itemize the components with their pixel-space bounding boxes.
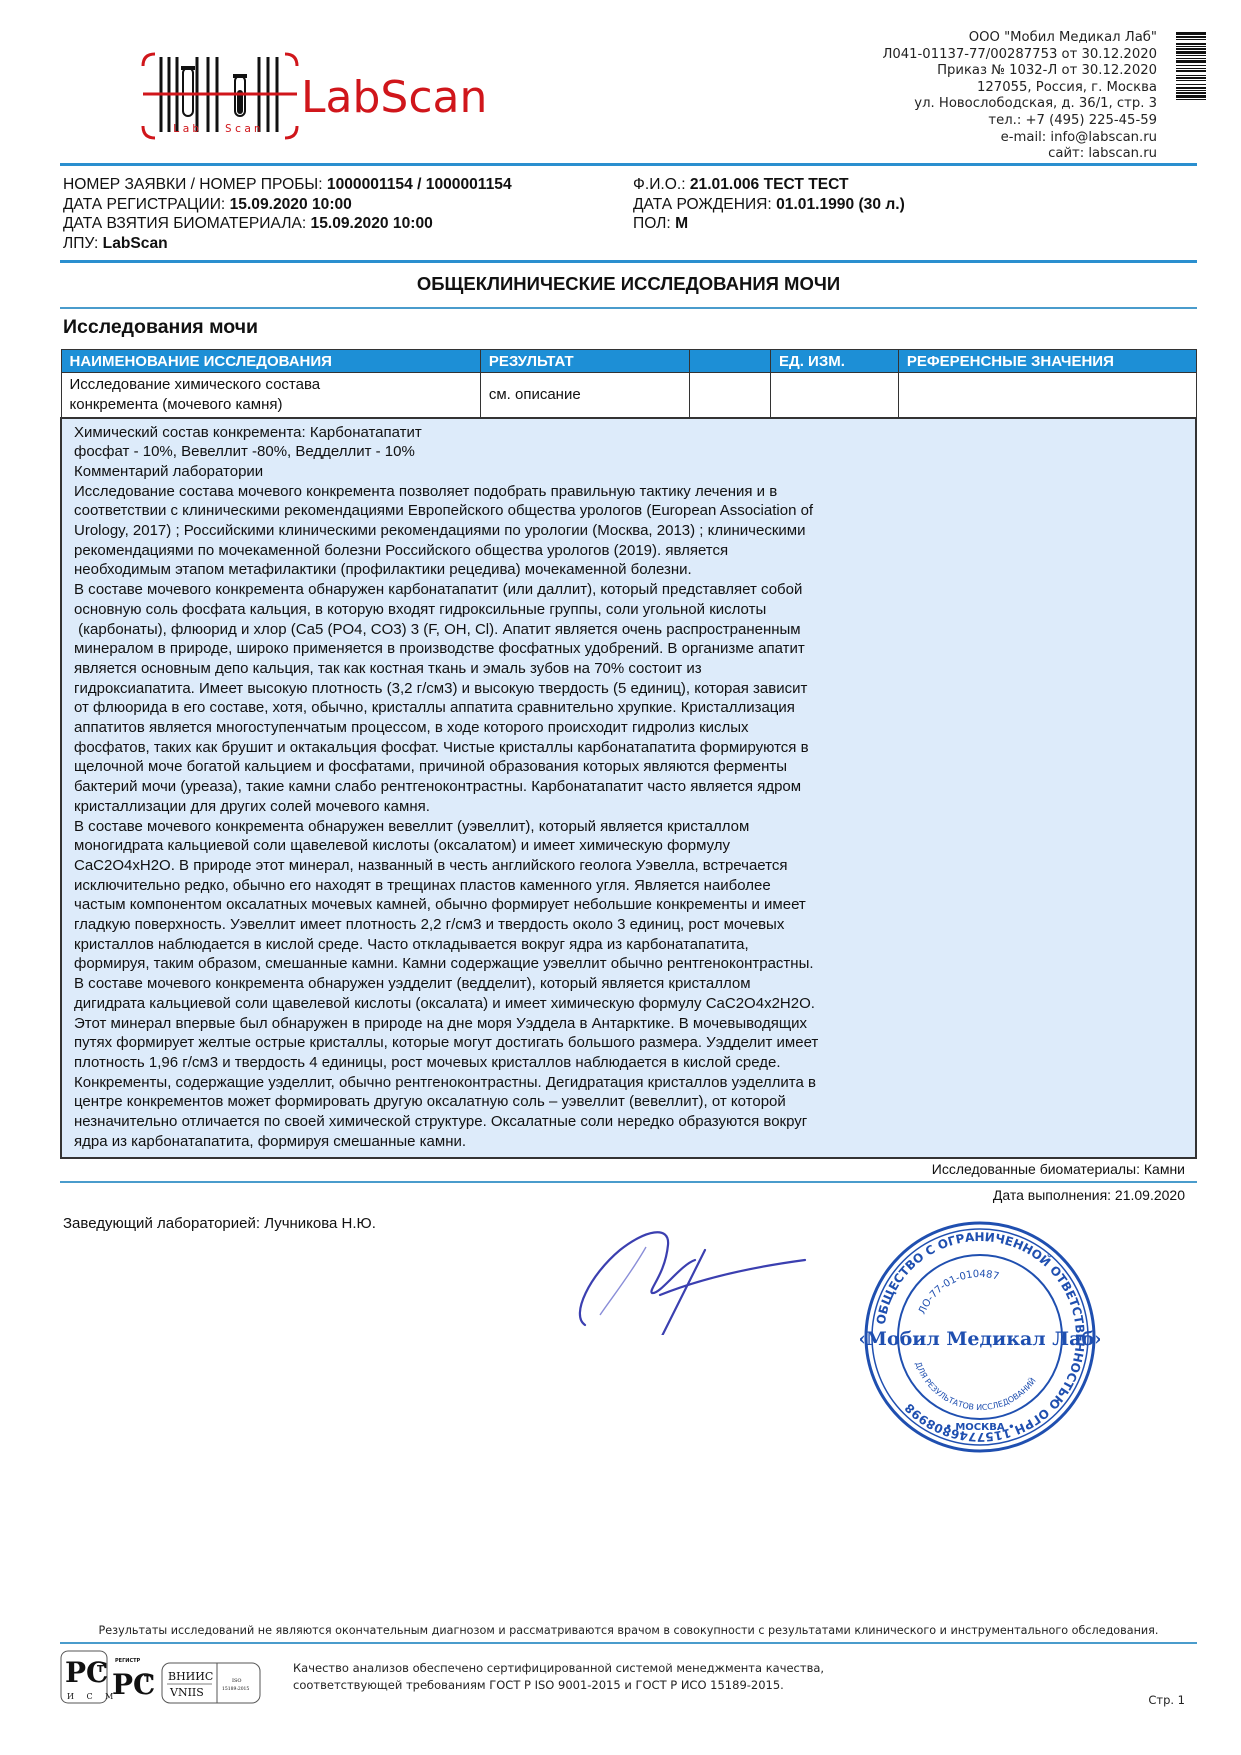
barcode-icon (1176, 32, 1206, 162)
svg-text:Scan: Scan (225, 122, 264, 135)
lab-info-line: Л041-01137-77/00287753 от 30.12.2020 (882, 47, 1157, 64)
column-header-name: НАИМЕНОВАНИЕ ИССЛЕДОВАНИЯ (61, 350, 480, 373)
description-line: фосфатов, таких как брушит и октакальция… (74, 738, 1185, 758)
result-cell: см. описание (480, 373, 689, 418)
column-header-result: РЕЗУЛЬТАТ (480, 350, 689, 373)
table-header-row: НАИМЕНОВАНИЕ ИССЛЕДОВАНИЯ РЕЗУЛЬТАТ ЕД. … (61, 350, 1196, 373)
unit-cell (771, 373, 899, 418)
reference-cell (898, 373, 1196, 418)
description-line: Комментарий лаборатории (74, 462, 1185, 482)
header-divider (60, 163, 1197, 166)
footer-disclaimer: Результаты исследований не являются окон… (60, 1624, 1197, 1637)
lab-info-line: сайт: labscan.ru (882, 146, 1157, 163)
head-of-lab: Заведующий лабораторией: Лучникова Н.Ю. (63, 1215, 376, 1232)
description-line: фосфат - 10%, Вевеллит -80%, Ведделлит -… (74, 442, 1185, 462)
svg-text:ЛО-77-01-010487: ЛО-77-01-010487 (917, 1269, 1000, 1316)
lab-info-line: Приказ № 1032-Л от 30.12.2020 (882, 63, 1157, 80)
description-line: щелочной моче богатой кальцием и фосфата… (74, 757, 1185, 777)
quality-statement: Качество анализов обеспечено сертифициро… (293, 1660, 824, 1693)
order-number-row: НОМЕР ЗАЯВКИ / НОМЕР ПРОБЫ: 1000001154 /… (63, 175, 512, 195)
vniis-certification-icon: ВНИИС VNIIS ISO 15189:2015 (162, 1663, 260, 1703)
lab-info-line: ул. Новослободская, д. 36/1, стр. 3 (882, 96, 1157, 113)
lab-contact-info: ООО "Мобил Медикал Лаб" Л041-01137-77/00… (882, 30, 1157, 163)
test-name-cell: Исследование химического состава конкрем… (61, 373, 480, 418)
description-line: (карбонаты), флюорид и хлор (Ca5 (PO4, C… (74, 620, 1185, 640)
svg-text:Lab: Lab (173, 122, 202, 135)
flag-cell (690, 373, 771, 418)
description-line: плотность 1,96 г/см3 и твердость 4 едини… (74, 1053, 1185, 1073)
svg-text:15189:2015: 15189:2015 (222, 1686, 249, 1692)
svg-text:Т: Т (97, 1664, 104, 1675)
description-line: дигидрата кальциевой соли щавелевой кисл… (74, 994, 1185, 1014)
description-line: формируя, таким образом, смешанные камни… (74, 954, 1185, 974)
birth-date-row: ДАТА РОЖДЕНИЯ: 01.01.1990 (30 л.) (633, 195, 905, 215)
description-line: ядра из карбонатапатита, формируя смешан… (74, 1132, 1185, 1152)
footer-divider (60, 1642, 1197, 1644)
description-row: Химический состав конкремента: Карбоната… (61, 418, 1196, 1158)
description-line: Urology, 2017) ; Российскими клиническим… (74, 521, 1185, 541)
certification-logos: РС Т И С М РЕГИСТР РС Т ВНИИС VNIIS ISO … (60, 1650, 285, 1705)
description-cell: Химический состав конкремента: Карбоната… (61, 418, 1196, 1158)
svg-text:• МОСКВА •: • МОСКВА • (945, 1422, 1014, 1433)
signature-image (560, 1205, 810, 1335)
svg-text:LabScan: LabScan (301, 72, 487, 123)
sex-row: ПОЛ: М (633, 214, 905, 234)
description-line: В составе мочевого конкремента обнаружен… (74, 580, 1185, 600)
svg-text:«Мобил Медикал Лаб»: «Мобил Медикал Лаб» (860, 1328, 1100, 1350)
sample-date-row: ДАТА ВЗЯТИЯ БИОМАТЕРИАЛА: 15.09.2020 10:… (63, 214, 512, 234)
labscan-logo: Lab Scan LabScan (135, 32, 505, 150)
patient-info: Ф.И.О.: 21.01.006 ТЕСТ ТЕСТ ДАТА РОЖДЕНИ… (633, 175, 905, 234)
description-line: бактерий мочи (уреаза), такие камни слаб… (74, 777, 1185, 797)
column-header-reference: РЕФЕРЕНСНЫЕ ЗНАЧЕНИЯ (898, 350, 1196, 373)
description-line: CaC2O4xH2O. В природе этот минерал, назв… (74, 856, 1185, 876)
biomaterials-label: Исследованные биоматериалы: Камни (932, 1161, 1185, 1177)
description-line: является основным депо кальция, так как … (74, 659, 1185, 679)
description-line: гидроксиапатита. Имеет высокую плотность… (74, 679, 1185, 699)
description-line: В составе мочевого конкремента обнаружен… (74, 817, 1185, 837)
svg-text:РЕГИСТР: РЕГИСТР (115, 1658, 141, 1664)
section-title: Исследования мочи (63, 316, 258, 339)
description-line: незначительно отличается по своей химиче… (74, 1112, 1185, 1132)
company-stamp: ОБЩЕСТВО С ОГРАНИЧЕННОЙ ОТВЕТСТВЕННОСТЬЮ… (860, 1217, 1100, 1457)
description-line: исключительно редко, обычно его находят … (74, 876, 1185, 896)
meta-divider (60, 260, 1197, 263)
svg-text:ВНИИС: ВНИИС (168, 1670, 213, 1683)
description-line: рекомендациями по мочекаменной болезни Р… (74, 541, 1185, 561)
description-line: Этот минерал впервые был обнаружен в при… (74, 1014, 1185, 1034)
patient-name-row: Ф.И.О.: 21.01.006 ТЕСТ ТЕСТ (633, 175, 905, 195)
title-divider (60, 307, 1197, 309)
description-line: центре конкрементов может формировать др… (74, 1092, 1185, 1112)
svg-text:ISO: ISO (232, 1678, 242, 1684)
description-line: необходимым этапом метафилактики (профил… (74, 560, 1185, 580)
column-header-unit: ЕД. ИЗМ. (771, 350, 899, 373)
results-table: НАИМЕНОВАНИЕ ИССЛЕДОВАНИЯ РЕЗУЛЬТАТ ЕД. … (60, 349, 1197, 1159)
description-line: Конкременты, содержащие уэделлит, обычно… (74, 1073, 1185, 1093)
registration-date-row: ДАТА РЕГИСТРАЦИИ: 15.09.2020 10:00 (63, 195, 512, 215)
description-line: В составе мочевого конкремента обнаружен… (74, 974, 1185, 994)
description-line: путях формирует желтые острые кристаллы,… (74, 1033, 1185, 1053)
column-header-flag (690, 350, 771, 373)
description-line: аппатитов является многоступенчатым проц… (74, 718, 1185, 738)
results-divider (60, 1181, 1197, 1183)
description-text: Химический состав конкремента: Карбоната… (74, 423, 1185, 1152)
lab-info-line: тел.: +7 (495) 225-45-59 (882, 113, 1157, 130)
description-line: кристаллизации для других солей мочевого… (74, 797, 1185, 817)
description-line: от флюорида в его составе, хотя, обычно,… (74, 698, 1185, 718)
completion-date: Дата выполнения: 21.09.2020 (993, 1187, 1185, 1203)
table-row: Исследование химического состава конкрем… (61, 373, 1196, 418)
description-line: кристаллов наблюдается в кислой среде. Ч… (74, 935, 1185, 955)
description-line: частым компонентом оксалатных мочевых ка… (74, 895, 1185, 915)
page-number: Стр. 1 (1148, 1693, 1185, 1707)
description-line: соответствии с клиническими рекомендация… (74, 501, 1185, 521)
description-line: гладкую поверхность. Уэвеллит имеет плот… (74, 915, 1185, 935)
svg-text:Т: Т (144, 1674, 151, 1685)
description-line: Химический состав конкремента: Карбоната… (74, 423, 1185, 443)
lab-info-line: 127055, Россия, г. Москва (882, 80, 1157, 97)
lab-info-line: ООО "Мобил Медикал Лаб" (882, 30, 1157, 47)
lab-info-line: e-mail: info@labscan.ru (882, 130, 1157, 147)
svg-text:И С М: И С М (67, 1692, 118, 1701)
rst-certification-icon: РС Т И С М (61, 1651, 118, 1703)
svg-text:VNIIS: VNIIS (169, 1686, 204, 1699)
order-info: НОМЕР ЗАЯВКИ / НОМЕР ПРОБЫ: 1000001154 /… (63, 175, 512, 253)
page-title: ОБЩЕКЛИНИЧЕСКИЕ ИССЛЕДОВАНИЯ МОЧИ (60, 273, 1197, 295)
description-line: минералом в природе, широко применяется … (74, 639, 1185, 659)
description-line: Исследование состава мочевого конкремент… (74, 482, 1185, 502)
registr-certification-icon: РЕГИСТР РС Т (112, 1658, 155, 1701)
facility-row: ЛПУ: LabScan (63, 234, 512, 254)
description-line: моногидрата кальциевой соли щавелевой ки… (74, 836, 1185, 856)
description-line: основную соль фосфата кальция, в которую… (74, 600, 1185, 620)
